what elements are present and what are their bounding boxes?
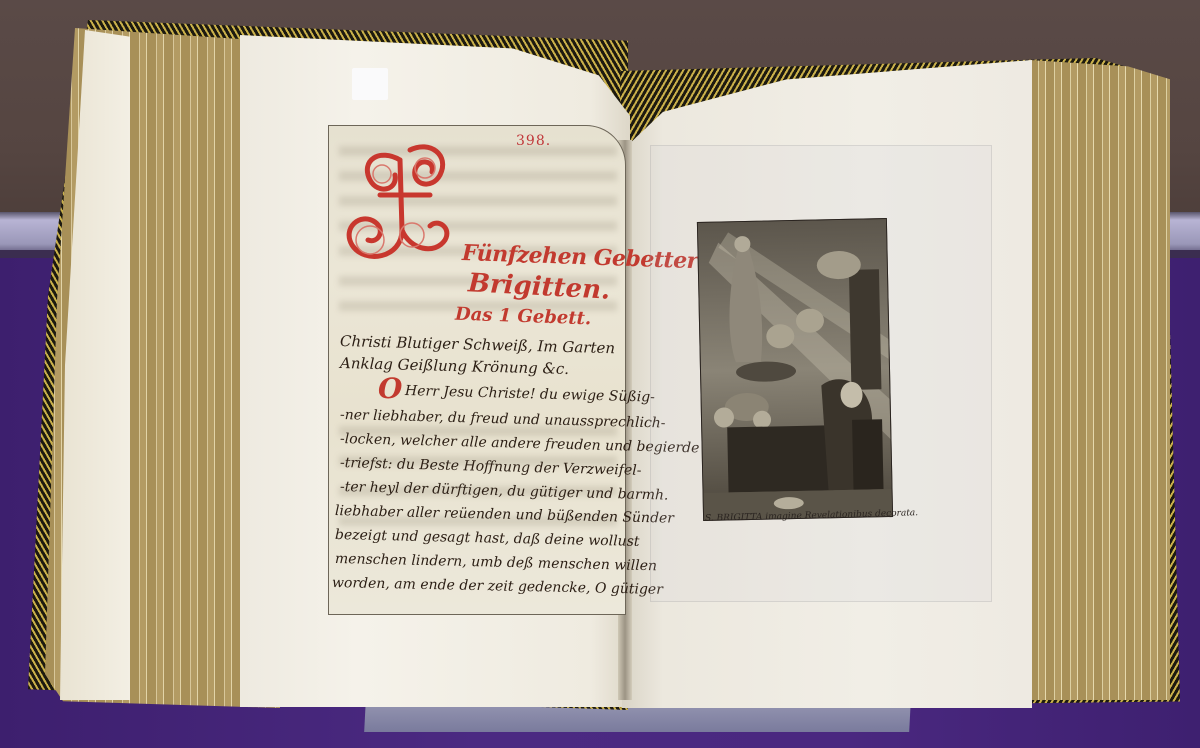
right-page-block [1030, 60, 1170, 700]
engraving [697, 218, 893, 521]
engraving-illustration-icon [698, 219, 892, 520]
page-number: 398. [516, 133, 551, 149]
light-glare [352, 68, 388, 100]
ornamental-initial-icon [340, 140, 465, 268]
body-dropcap: O [378, 372, 402, 405]
